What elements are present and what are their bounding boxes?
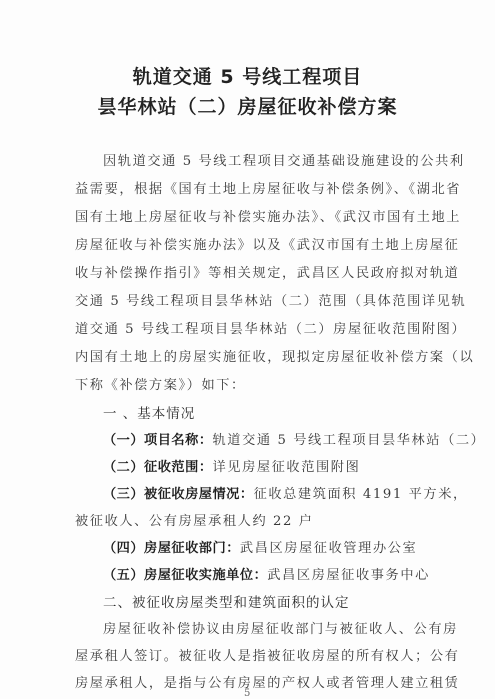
intro-paragraph-line: 益需要，根据《国有土地上房屋征收与补偿条例》、《湖北省 (75, 181, 461, 199)
item-separator: ： (240, 487, 254, 502)
item-value: 详见房屋征收范围附图 (213, 460, 361, 475)
intro-paragraph-line: 下称《补偿方案》）如下： (75, 377, 246, 395)
intro-paragraph-line: 房屋征收与补偿实施办法》以及《武汉市国有土地上房屋征 (75, 237, 459, 255)
item-separator: ： (199, 433, 213, 448)
item-label: （二）征收范围 (103, 460, 199, 475)
section-2-paragraph-line: 屋承租人签订。被征收人是指被征收房屋的所有权人；公有 (75, 648, 459, 666)
item-label: （五）房屋征收实施单位 (103, 568, 254, 583)
item-value: 武昌区房屋征收事务中心 (267, 568, 430, 583)
section-1-item-scope: （二）征收范围：详见房屋征收范围附图 (103, 459, 360, 477)
section-1-item-project-name: （一）项目名称：轨道交通 5 号线工程项目昙华林站（二） (103, 432, 485, 450)
intro-paragraph-line: 国有土地上房屋征收与补偿实施办法》、《武汉市国有土地上 (75, 209, 461, 227)
document-title-line-2: 昙华林站（二）房屋征收补偿方案 (0, 92, 495, 119)
section-2-paragraph-line: 房屋征收补偿协议由房屋征收部门与被征收人、公有房 (103, 621, 458, 639)
section-1-item-housing-continuation: 被征收人、公有房屋承租人约 22 户 (75, 513, 314, 531)
section-2-paragraph-line: 房屋承租人，是指与公有房屋的产权人或者管理人建立租赁 (75, 675, 459, 693)
section-2-heading: 二、被征收房屋类型和建筑面积的认定 (103, 594, 350, 612)
item-separator: ： (226, 541, 240, 556)
intro-paragraph-line: 内国有土地上的房屋实施征收，现拟定房屋征收补偿方案（以 (75, 349, 474, 367)
intro-paragraph-line: 因轨道交通 5 号线工程项目交通基础设施建设的公共利 (103, 153, 465, 171)
item-value: 征收总建筑面积 4191 平方米， (254, 487, 468, 502)
item-value: 武昌区房屋征收管理办公室 (240, 541, 417, 556)
document-title-line-1: 轨道交通 5 号线工程项目 (0, 62, 495, 89)
intro-paragraph-line: 交通 5 号线工程项目昙华林站（二）范围（具体范围详见轨 (75, 293, 466, 311)
page-number: 5 (244, 688, 250, 699)
item-label: （四）房屋征收部门 (103, 541, 226, 556)
section-1-item-department: （四）房屋征收部门：武昌区房屋征收管理办公室 (103, 540, 417, 558)
section-1-heading: 一 、基本情况 (103, 405, 195, 423)
intro-paragraph-line: 收与补偿操作指引》等相关规定，武昌区人民政府拟对轨道 (75, 265, 459, 283)
item-separator: ： (199, 460, 213, 475)
item-label: （一）项目名称 (103, 433, 199, 448)
section-1-item-housing: （三）被征收房屋情况：征收总建筑面积 4191 平方米， (103, 486, 468, 504)
intro-paragraph-line: 道交通 5 号线工程项目昙华林站（二）房屋征收范围附图） (75, 321, 466, 339)
item-value: 轨道交通 5 号线工程项目昙华林站（二） (213, 433, 486, 448)
item-label: （三）被征收房屋情况 (103, 487, 240, 502)
item-separator: ： (254, 568, 268, 583)
document-page: 轨道交通 5 号线工程项目 昙华林站（二）房屋征收补偿方案 因轨道交通 5 号线… (0, 0, 495, 699)
section-1-item-implementing-unit: （五）房屋征收实施单位：武昌区房屋征收事务中心 (103, 567, 430, 585)
